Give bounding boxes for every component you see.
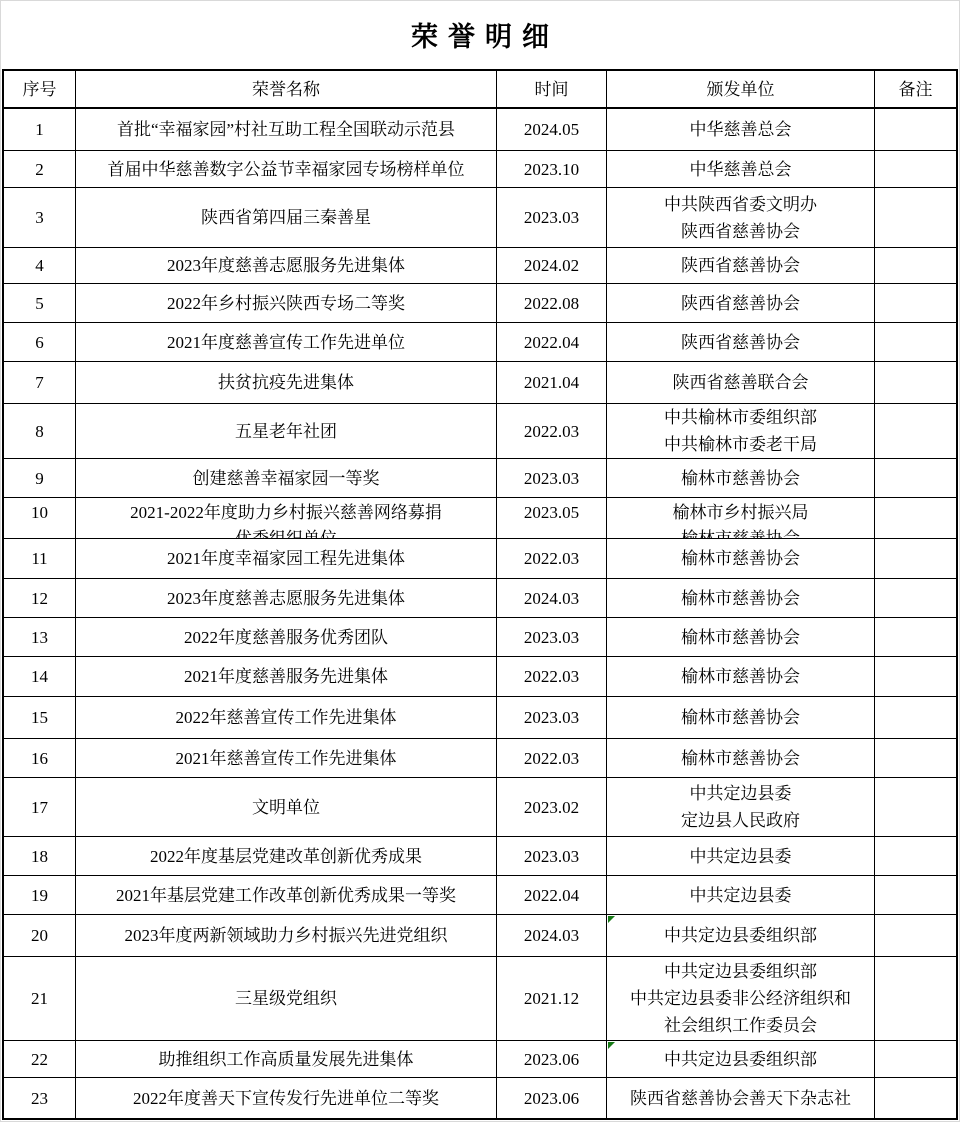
error-indicator-icon [608,1042,615,1049]
cell-honor-name: 2023年度慈善志愿服务先进集体 [76,248,497,283]
cell-date-text: 2023.06 [524,1046,579,1073]
column-header-label: 序号 [23,76,57,103]
cell-date-text: 2023.03 [524,843,579,870]
cell-serial-text: 4 [35,252,44,279]
cell-issuer: 陕西省慈善协会 [607,323,875,361]
column-header-honor-name: 荣誉名称 [76,71,497,107]
cell-serial-text: 14 [31,663,48,690]
cell-honor-name: 助推组织工作高质量发展先进集体 [76,1041,497,1077]
cell-remark [875,579,956,617]
cell-issuer: 陕西省慈善协会 [607,248,875,283]
cell-issuer: 榆林市慈善协会 [607,697,875,738]
cell-issuer-text: 榆林市慈善协会 [681,585,800,612]
column-header-label: 备注 [899,76,933,103]
cell-honor-name: 首届中华慈善数字公益节幸福家园专场榜样单位 [76,151,497,187]
cell-serial: 4 [4,248,76,283]
cell-serial: 14 [4,657,76,696]
cell-remark [875,539,956,578]
cell-remark [875,109,956,150]
cell-issuer: 中共陕西省委文明办陕西省慈善协会 [607,188,875,247]
cell-serial-text: 12 [31,585,48,612]
cell-remark [875,957,956,1040]
cell-serial-text: 15 [31,704,48,731]
cell-issuer-text: 榆林市慈善协会 [681,545,800,572]
cell-remark [875,362,956,403]
cell-honor-name-text: 助推组织工作高质量发展先进集体 [159,1046,414,1073]
table-row: 112021年度幸福家园工程先进集体2022.03榆林市慈善协会 [4,539,956,579]
cell-honor-name-text: 2022年度基层党建改革创新优秀成果 [150,843,422,870]
cell-issuer: 陕西省慈善联合会 [607,362,875,403]
cell-honor-name-text: 首批“幸福家园”村社互助工程全国联动示范县 [117,116,455,143]
cell-honor-name: 2023年度两新领域助力乡村振兴先进党组织 [76,915,497,956]
column-header-remark: 备注 [875,71,956,107]
cell-remark [875,837,956,875]
cell-date: 2022.08 [497,284,607,322]
cell-serial-text: 20 [31,922,48,949]
cell-honor-name-text: 2021年度幸福家园工程先进集体 [167,545,405,572]
cell-honor-name: 首批“幸福家园”村社互助工程全国联动示范县 [76,109,497,150]
cell-remark [875,1041,956,1077]
cell-date-text: 2022.08 [524,290,579,317]
cell-remark [875,323,956,361]
cell-serial-text: 7 [35,369,44,396]
cell-remark [875,618,956,656]
cell-honor-name: 2021年度慈善宣传工作先进单位 [76,323,497,361]
cell-honor-name-text: 五星老年社团 [235,418,337,445]
cell-date: 2022.03 [497,657,607,696]
cell-serial-text: 16 [31,745,48,772]
table-row: 1首批“幸福家园”村社互助工程全国联动示范县2024.05中华慈善总会 [4,109,956,151]
cell-serial: 2 [4,151,76,187]
cell-honor-name: 2023年度慈善志愿服务先进集体 [76,579,497,617]
cell-serial-text: 8 [35,418,44,445]
cell-issuer-text: 陕西省慈善协会 [681,329,800,356]
cell-issuer: 中共定边县委定边县人民政府 [607,778,875,836]
cell-date: 2023.03 [497,188,607,247]
error-indicator-icon [608,916,615,923]
cell-date-text: 2021.12 [524,985,579,1012]
cell-honor-name: 创建慈善幸福家园一等奖 [76,459,497,497]
cell-serial-text: 2 [35,156,44,183]
column-header-label: 荣誉名称 [252,76,320,103]
table-row: 8五星老年社团2022.03中共榆林市委组织部中共榆林市委老干局 [4,404,956,459]
cell-date: 2023.02 [497,778,607,836]
cell-honor-name: 2022年度善天下宣传发行先进单位二等奖 [76,1078,497,1118]
cell-honor-name: 2021年度慈善服务先进集体 [76,657,497,696]
cell-date-text: 2024.02 [524,252,579,279]
cell-honor-name: 2021年慈善宣传工作先进集体 [76,739,497,777]
cell-date: 2021.04 [497,362,607,403]
cell-honor-name-text: 创建慈善幸福家园一等奖 [193,465,380,492]
cell-date-text: 2024.05 [524,116,579,143]
cell-remark [875,188,956,247]
table-row: 7扶贫抗疫先进集体2021.04陕西省慈善联合会 [4,362,956,404]
cell-issuer-text: 榆林市慈善协会 [681,745,800,772]
cell-issuer-text: 中华慈善总会 [690,116,792,143]
cell-serial-text: 3 [35,204,44,231]
cell-date-text: 2023.03 [524,624,579,651]
table-row: 152022年慈善宣传工作先进集体2023.03榆林市慈善协会 [4,697,956,739]
cell-issuer-text: 陕西省慈善协会 [681,290,800,317]
cell-date-text: 2024.03 [524,585,579,612]
table-row: 232022年度善天下宣传发行先进单位二等奖2023.06陕西省慈善协会善天下杂… [4,1078,956,1118]
cell-issuer-text: 中共定边县委组织部 [664,922,817,949]
cell-serial: 5 [4,284,76,322]
table-row: 102021-2022年度助力乡村振兴慈善网络募捐优秀组织单位2023.05榆林… [4,498,956,539]
cell-date: 2023.05 [497,498,607,538]
table-row: 182022年度基层党建改革创新优秀成果2023.03中共定边县委 [4,837,956,876]
cell-serial-text: 13 [31,624,48,651]
cell-serial: 15 [4,697,76,738]
cell-honor-name-text: 首届中华慈善数字公益节幸福家园专场榜样单位 [108,156,465,183]
table-row: 132022年度慈善服务优秀团队2023.03榆林市慈善协会 [4,618,956,657]
cell-date-text: 2023.03 [524,704,579,731]
cell-honor-name: 陕西省第四届三秦善星 [76,188,497,247]
cell-serial-text: 1 [35,116,44,143]
cell-serial: 12 [4,579,76,617]
column-header-issuer: 颁发单位 [607,71,875,107]
cell-date-text: 2023.03 [524,204,579,231]
cell-remark [875,739,956,777]
cell-issuer: 中共定边县委组织部 [607,1041,875,1077]
table-row: 21三星级党组织2021.12中共定边县委组织部中共定边县委非公经济组织和社会组… [4,957,956,1041]
cell-issuer: 榆林市乡村振兴局榆林市慈善协会 [607,498,875,538]
cell-honor-name-text: 2023年度慈善志愿服务先进集体 [167,252,405,279]
cell-date-text: 2023.02 [524,794,579,821]
table-row: 192021年基层党建工作改革创新优秀成果一等奖2022.04中共定边县委 [4,876,956,915]
cell-remark [875,876,956,914]
cell-serial: 11 [4,539,76,578]
table-row: 62021年度慈善宣传工作先进单位2022.04陕西省慈善协会 [4,323,956,362]
cell-issuer-text: 榆林市乡村振兴局榆林市慈善协会 [673,500,809,538]
cell-serial-text: 5 [35,290,44,317]
cell-serial-text: 23 [31,1085,48,1112]
cell-serial: 7 [4,362,76,403]
cell-serial: 22 [4,1041,76,1077]
cell-remark [875,459,956,497]
cell-issuer-text: 中共陕西省委文明办陕西省慈善协会 [664,191,817,245]
table-row: 9创建慈善幸福家园一等奖2023.03榆林市慈善协会 [4,459,956,498]
cell-serial: 18 [4,837,76,875]
cell-date-text: 2024.03 [524,922,579,949]
cell-remark [875,151,956,187]
page-title: 荣誉明细 [0,0,960,69]
cell-serial: 8 [4,404,76,458]
cell-date: 2022.03 [497,539,607,578]
cell-issuer: 中共定边县委组织部 [607,915,875,956]
table-row: 3陕西省第四届三秦善星2023.03中共陕西省委文明办陕西省慈善协会 [4,188,956,248]
cell-honor-name: 扶贫抗疫先进集体 [76,362,497,403]
cell-honor-name: 2021-2022年度助力乡村振兴慈善网络募捐优秀组织单位 [76,498,497,538]
cell-date: 2023.03 [497,837,607,875]
cell-honor-name-text: 2022年慈善宣传工作先进集体 [176,704,397,731]
cell-serial: 16 [4,739,76,777]
cell-serial-text: 21 [31,985,48,1012]
cell-issuer-text: 中华慈善总会 [690,156,792,183]
cell-date: 2021.12 [497,957,607,1040]
cell-date: 2023.06 [497,1078,607,1118]
cell-date: 2023.03 [497,459,607,497]
cell-serial-text: 17 [31,794,48,821]
cell-date-text: 2021.04 [524,369,579,396]
cell-honor-name: 2021年度幸福家园工程先进集体 [76,539,497,578]
cell-remark [875,248,956,283]
cell-remark [875,404,956,458]
cell-issuer-text: 中共定边县委定边县人民政府 [681,780,800,834]
cell-issuer-text: 陕西省慈善协会善天下杂志社 [630,1085,851,1112]
cell-honor-name: 2022年慈善宣传工作先进集体 [76,697,497,738]
cell-date: 2023.03 [497,618,607,656]
cell-honor-name-text: 2021年度慈善宣传工作先进单位 [167,329,405,356]
cell-date: 2023.10 [497,151,607,187]
cell-date-text: 2022.03 [524,745,579,772]
column-header-label: 时间 [535,76,569,103]
cell-issuer: 榆林市慈善协会 [607,739,875,777]
cell-honor-name-text: 2022年度慈善服务优秀团队 [184,624,388,651]
cell-remark [875,498,956,538]
table-row: 42023年度慈善志愿服务先进集体2024.02陕西省慈善协会 [4,248,956,284]
cell-honor-name-text: 2021年基层党建工作改革创新优秀成果一等奖 [116,882,456,909]
cell-honor-name: 文明单位 [76,778,497,836]
cell-remark [875,697,956,738]
cell-issuer: 中华慈善总会 [607,151,875,187]
table-row: 202023年度两新领域助力乡村振兴先进党组织2024.03中共定边县委组织部 [4,915,956,957]
cell-honor-name-text: 陕西省第四届三秦善星 [201,204,371,231]
cell-honor-name-text: 2021年度慈善服务先进集体 [184,663,388,690]
cell-serial: 9 [4,459,76,497]
cell-date: 2023.06 [497,1041,607,1077]
table-header-row: 序号 荣誉名称 时间 颁发单位 备注 [4,71,956,109]
cell-honor-name: 2022年度慈善服务优秀团队 [76,618,497,656]
cell-date-text: 2023.03 [524,465,579,492]
cell-issuer-text: 中共定边县委 [690,843,792,870]
cell-date-text: 2023.05 [524,500,579,526]
cell-remark [875,1078,956,1118]
cell-date: 2024.02 [497,248,607,283]
cell-date: 2024.03 [497,579,607,617]
cell-issuer: 中共榆林市委组织部中共榆林市委老干局 [607,404,875,458]
cell-date-text: 2022.03 [524,545,579,572]
table-row: 142021年度慈善服务先进集体2022.03榆林市慈善协会 [4,657,956,697]
cell-honor-name-text: 2021-2022年度助力乡村振兴慈善网络募捐优秀组织单位 [130,500,442,538]
cell-issuer-text: 榆林市慈善协会 [681,704,800,731]
cell-issuer-text: 陕西省慈善联合会 [673,369,809,396]
cell-serial: 19 [4,876,76,914]
cell-date-text: 2022.04 [524,329,579,356]
cell-issuer: 中共定边县委 [607,876,875,914]
cell-date: 2022.03 [497,739,607,777]
cell-issuer: 榆林市慈善协会 [607,459,875,497]
cell-issuer: 陕西省慈善协会 [607,284,875,322]
cell-serial: 6 [4,323,76,361]
cell-serial: 1 [4,109,76,150]
cell-issuer-text: 陕西省慈善协会 [681,252,800,279]
cell-date: 2023.03 [497,697,607,738]
cell-serial-text: 19 [31,882,48,909]
table-row: 52022年乡村振兴陕西专场二等奖2022.08陕西省慈善协会 [4,284,956,323]
cell-issuer-text: 榆林市慈善协会 [681,624,800,651]
column-header-serial: 序号 [4,71,76,107]
table-body: 1首批“幸福家园”村社互助工程全国联动示范县2024.05中华慈善总会2首届中华… [4,109,956,1118]
cell-issuer: 榆林市慈善协会 [607,579,875,617]
cell-issuer: 中共定边县委 [607,837,875,875]
cell-issuer-text: 中共定边县委组织部 [664,1046,817,1073]
cell-remark [875,284,956,322]
table-row: 22助推组织工作高质量发展先进集体2023.06中共定边县委组织部 [4,1041,956,1078]
column-header-date: 时间 [497,71,607,107]
cell-date: 2024.03 [497,915,607,956]
cell-honor-name: 五星老年社团 [76,404,497,458]
table-row: 122023年度慈善志愿服务先进集体2024.03榆林市慈善协会 [4,579,956,618]
column-header-label: 颁发单位 [707,76,775,103]
cell-date: 2022.03 [497,404,607,458]
cell-date: 2022.04 [497,323,607,361]
cell-date-text: 2022.03 [524,663,579,690]
cell-serial: 3 [4,188,76,247]
cell-date: 2024.05 [497,109,607,150]
cell-issuer-text: 榆林市慈善协会 [681,663,800,690]
cell-honor-name: 2022年乡村振兴陕西专场二等奖 [76,284,497,322]
table-row: 17文明单位2023.02中共定边县委定边县人民政府 [4,778,956,837]
cell-issuer-text: 榆林市慈善协会 [681,465,800,492]
cell-date-text: 2023.10 [524,156,579,183]
cell-date-text: 2023.06 [524,1085,579,1112]
cell-honor-name: 2022年度基层党建改革创新优秀成果 [76,837,497,875]
cell-serial-text: 9 [35,465,44,492]
cell-issuer: 榆林市慈善协会 [607,618,875,656]
cell-honor-name-text: 三星级党组织 [235,985,337,1012]
cell-remark [875,778,956,836]
honors-table: 序号 荣誉名称 时间 颁发单位 备注 1首批“幸福家园”村社互助工程全国联动示范… [2,69,958,1120]
cell-issuer: 陕西省慈善协会善天下杂志社 [607,1078,875,1118]
cell-honor-name: 2021年基层党建工作改革创新优秀成果一等奖 [76,876,497,914]
cell-remark [875,915,956,956]
table-row: 2首届中华慈善数字公益节幸福家园专场榜样单位2023.10中华慈善总会 [4,151,956,188]
cell-date: 2022.04 [497,876,607,914]
cell-honor-name-text: 文明单位 [252,794,320,821]
cell-issuer: 榆林市慈善协会 [607,657,875,696]
cell-honor-name-text: 2022年度善天下宣传发行先进单位二等奖 [133,1085,439,1112]
cell-serial: 21 [4,957,76,1040]
cell-date-text: 2022.03 [524,418,579,445]
cell-honor-name-text: 2022年乡村振兴陕西专场二等奖 [167,290,405,317]
cell-issuer: 榆林市慈善协会 [607,539,875,578]
cell-serial-text: 10 [31,500,48,526]
cell-issuer-text: 中共定边县委组织部中共定边县委非公经济组织和社会组织工作委员会 [630,958,851,1039]
cell-serial: 23 [4,1078,76,1118]
cell-honor-name: 三星级党组织 [76,957,497,1040]
cell-honor-name-text: 2021年慈善宣传工作先进集体 [176,745,397,772]
cell-serial-text: 6 [35,329,44,356]
cell-honor-name-text: 2023年度两新领域助力乡村振兴先进党组织 [125,922,448,949]
cell-serial-text: 22 [31,1046,48,1073]
cell-honor-name-text: 扶贫抗疫先进集体 [218,369,354,396]
table-row: 162021年慈善宣传工作先进集体2022.03榆林市慈善协会 [4,739,956,778]
cell-issuer: 中华慈善总会 [607,109,875,150]
cell-honor-name-text: 2023年度慈善志愿服务先进集体 [167,585,405,612]
cell-date-text: 2022.04 [524,882,579,909]
cell-remark [875,657,956,696]
cell-issuer-text: 中共定边县委 [690,882,792,909]
cell-serial: 13 [4,618,76,656]
cell-serial: 20 [4,915,76,956]
cell-serial-text: 11 [31,545,47,572]
cell-serial: 17 [4,778,76,836]
cell-issuer-text: 中共榆林市委组织部中共榆林市委老干局 [664,404,817,458]
cell-serial: 10 [4,498,76,538]
cell-issuer: 中共定边县委组织部中共定边县委非公经济组织和社会组织工作委员会 [607,957,875,1040]
cell-serial-text: 18 [31,843,48,870]
page: 荣誉明细 序号 荣誉名称 时间 颁发单位 备注 1首批“幸福家园”村社互助工程全… [0,0,960,1122]
